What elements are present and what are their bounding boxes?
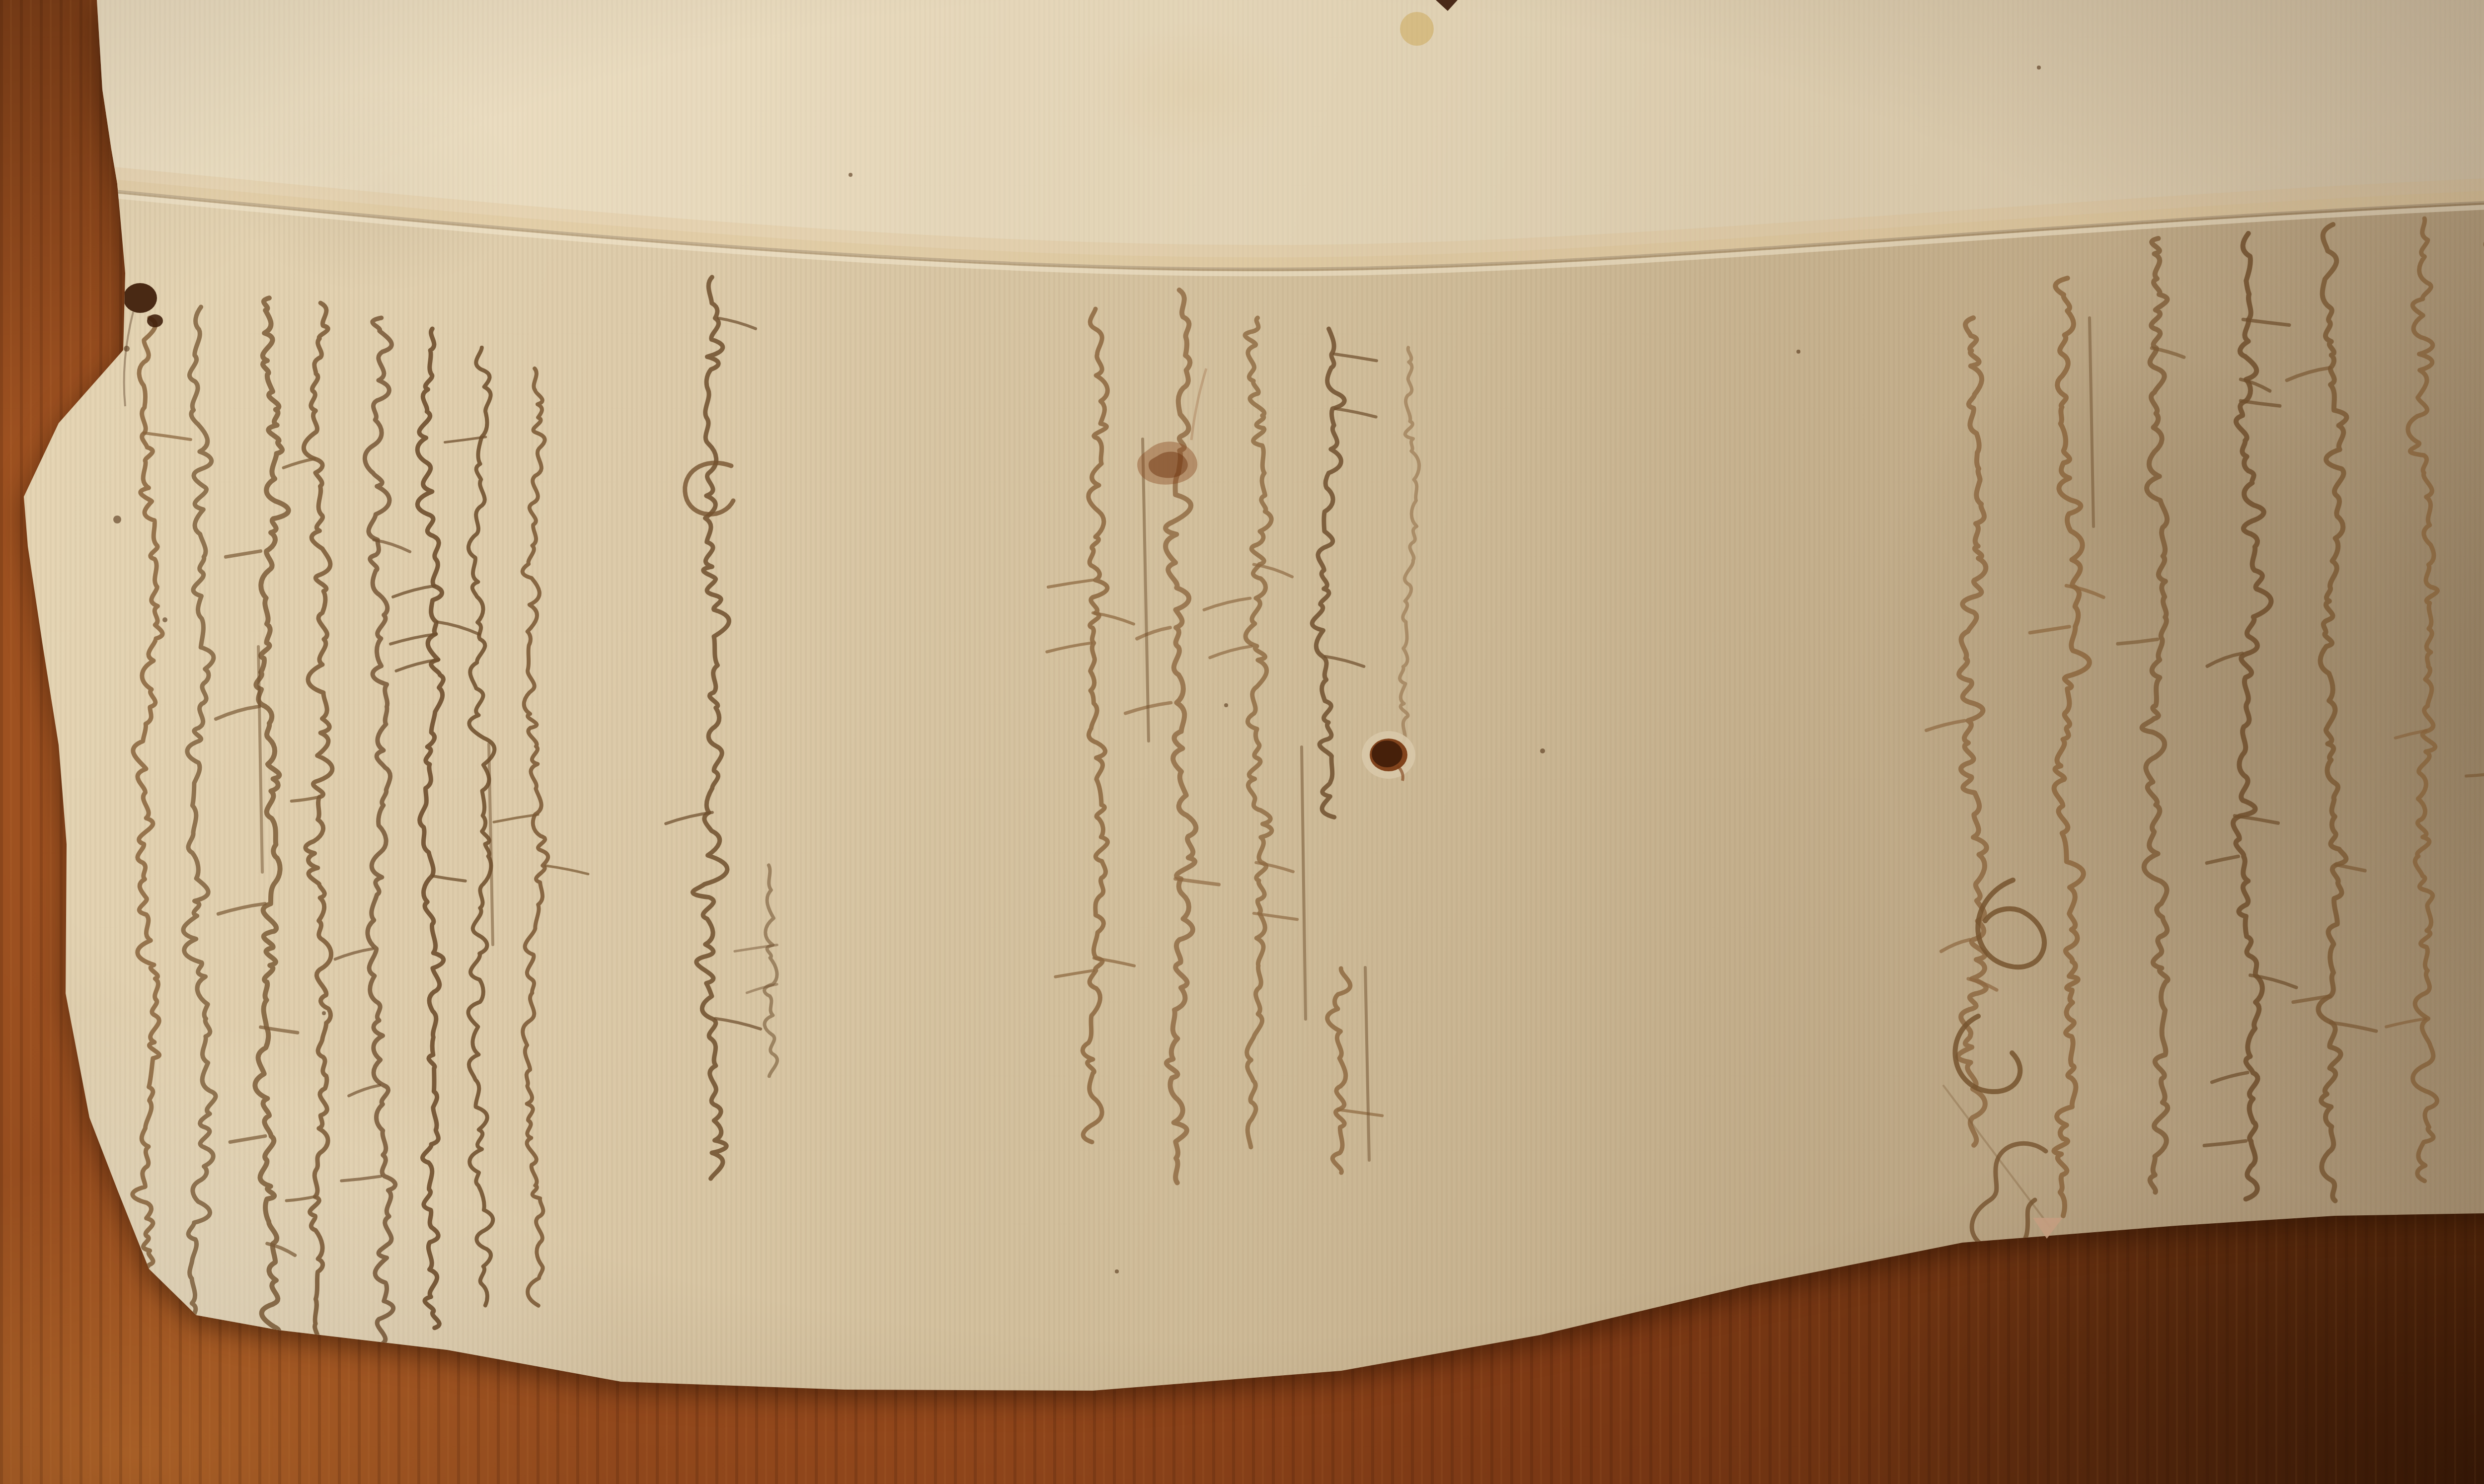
photo-stage xyxy=(0,0,2484,1484)
paper-edge-chip-layer xyxy=(0,0,2484,1484)
